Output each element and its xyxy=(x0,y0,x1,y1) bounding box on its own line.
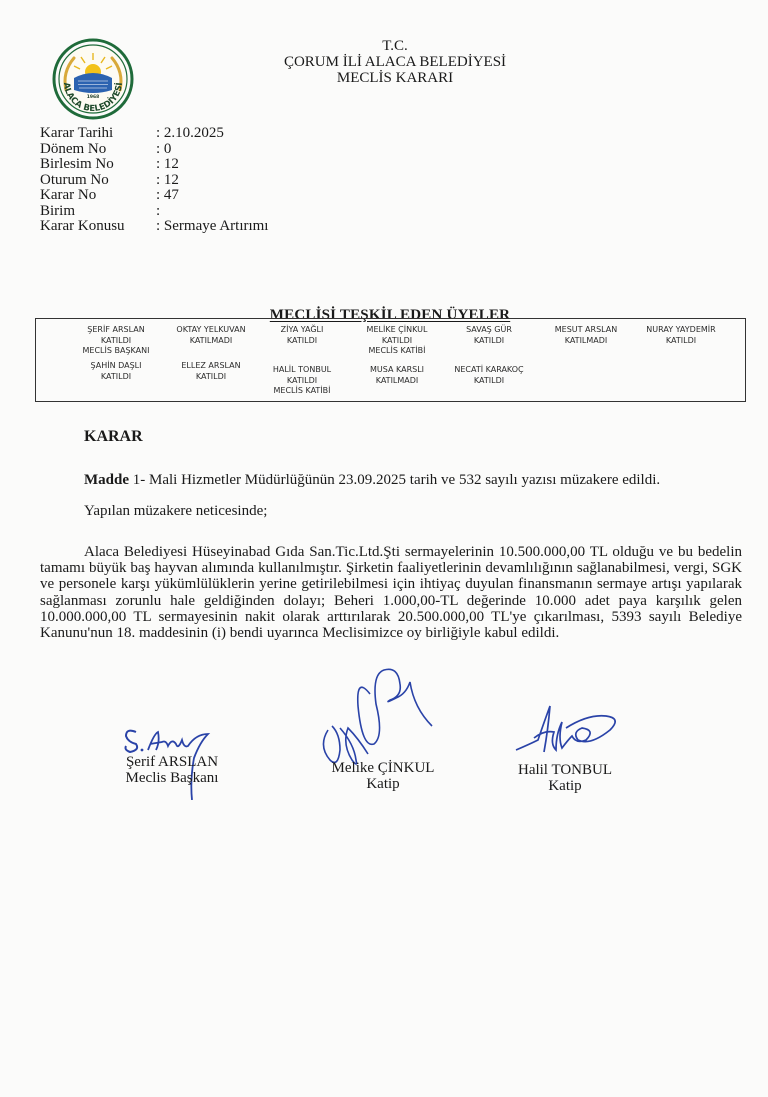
header-municipality: ÇORUM İLİ ALACA BELEDİYESİ xyxy=(250,54,540,70)
meta-row: Karar No: 47 xyxy=(40,188,268,204)
meta-row: Karar Konusu: Sermaye Artırımı xyxy=(40,219,268,235)
member-name: MESUT ARSLAN xyxy=(538,325,634,336)
meta-value: : Sermaye Artırımı xyxy=(156,219,268,235)
signer-name: Halil TONBUL xyxy=(500,762,630,778)
signature-block-chairman: Şerif ARSLAN Meclis Başkanı xyxy=(112,712,232,744)
signer-name: Melike ÇİNKUL xyxy=(318,760,448,776)
meta-value: : 12 xyxy=(156,173,179,189)
member-name: MUSA KARSLI xyxy=(349,365,445,376)
member-entry: ŞAHİN DAŞLIKATILDI xyxy=(68,361,164,382)
deliberation-intro: Yapılan müzakere neticesinde; xyxy=(84,503,267,520)
member-entry: MELİKE ÇİNKULKATILDIMECLİS KATİBİ xyxy=(349,325,445,357)
meta-row: Birim: xyxy=(40,204,268,220)
member-status: KATILDI xyxy=(633,336,729,347)
svg-text:1968: 1968 xyxy=(87,94,100,100)
member-name: SAVAŞ GÜR xyxy=(441,325,537,336)
member-entry: ŞERİF ARSLANKATILDIMECLİS BAŞKANI xyxy=(68,325,164,357)
alaca-belediyesi-seal-icon: 1968 ALACA BELEDİYESİ xyxy=(52,38,134,120)
article-label: Madde xyxy=(84,472,129,488)
member-role: MECLİS KATİBİ xyxy=(254,386,350,397)
meta-label: Dönem No xyxy=(40,142,156,158)
meta-value: : xyxy=(156,204,160,220)
signature-block-clerk-1: Melike ÇİNKUL Katip xyxy=(318,664,448,696)
decision-meta: Karar Tarihi: 2.10.2025Dönem No: 0Birles… xyxy=(40,126,268,235)
meta-row: Oturum No: 12 xyxy=(40,173,268,189)
member-status: KATILDI xyxy=(254,336,350,347)
member-status: KATILMADI xyxy=(538,336,634,347)
meta-label: Oturum No xyxy=(40,173,156,189)
signer-title: Meclis Başkanı xyxy=(112,770,232,786)
member-status: KATILDI xyxy=(349,336,445,347)
member-entry: HALİL TONBULKATILDIMECLİS KATİBİ xyxy=(254,365,350,397)
member-role: MECLİS BAŞKANI xyxy=(68,346,164,357)
article-text: 1- Mali Hizmetler Müdürlüğünün 23.09.202… xyxy=(129,472,660,488)
member-name: ŞAHİN DAŞLI xyxy=(68,361,164,372)
article-1: Madde 1- Mali Hizmetler Müdürlüğünün 23.… xyxy=(84,472,660,489)
decision-heading: KARAR xyxy=(84,428,143,446)
member-entry: NURAY YAYDEMİRKATILDI xyxy=(633,325,729,346)
member-entry: MUSA KARSLIKATILMADI xyxy=(349,365,445,386)
meta-row: Karar Tarihi: 2.10.2025 xyxy=(40,126,268,142)
member-status: KATILMADI xyxy=(349,376,445,387)
member-name: MELİKE ÇİNKUL xyxy=(349,325,445,336)
member-role: MECLİS KATİBİ xyxy=(349,346,445,357)
meta-label: Birlesim No xyxy=(40,157,156,173)
member-status: KATILDI xyxy=(163,372,259,383)
member-entry: SAVAŞ GÜRKATILDI xyxy=(441,325,537,346)
meta-value: : 47 xyxy=(156,188,179,204)
member-name: HALİL TONBUL xyxy=(254,365,350,376)
meta-row: Birlesim No: 12 xyxy=(40,157,268,173)
member-entry: ZİYA YAĞLIKATILDI xyxy=(254,325,350,346)
signer-name: Şerif ARSLAN xyxy=(112,754,232,770)
member-status: KATILDI xyxy=(68,336,164,347)
municipality-logo: 1968 ALACA BELEDİYESİ xyxy=(52,38,134,120)
member-status: KATILDI xyxy=(441,376,537,387)
meta-row: Dönem No: 0 xyxy=(40,142,268,158)
member-entry: ELLEZ ARSLANKATILDI xyxy=(163,361,259,382)
member-entry: OKTAY YELKUVANKATILMADI xyxy=(163,325,259,346)
signature-block-clerk-2: Halil TONBUL Katip xyxy=(500,700,630,732)
signer-title: Katip xyxy=(500,778,630,794)
member-name: OKTAY YELKUVAN xyxy=(163,325,259,336)
member-entry: MESUT ARSLANKATILMADI xyxy=(538,325,634,346)
member-name: NURAY YAYDEMİR xyxy=(633,325,729,336)
header-tc: T.C. xyxy=(250,38,540,54)
members-table: ŞERİF ARSLANKATILDIMECLİS BAŞKANIOKTAY Y… xyxy=(35,318,746,402)
member-status: KATILDI xyxy=(441,336,537,347)
decision-body: Alaca Belediyesi Hüseyinabad Gıda San.Ti… xyxy=(40,544,742,641)
member-name: ZİYA YAĞLI xyxy=(254,325,350,336)
signature-melike-cinkul-icon xyxy=(314,664,444,774)
member-status: KATILDI xyxy=(68,372,164,383)
header-decision-type: MECLİS KARARI xyxy=(250,70,540,86)
document-header: T.C. ÇORUM İLİ ALACA BELEDİYESİ MECLİS K… xyxy=(250,38,540,86)
meta-label: Karar Tarihi xyxy=(40,126,156,142)
member-status: KATILMADI xyxy=(163,336,259,347)
signer-title: Katip xyxy=(318,776,448,792)
meta-label: Karar Konusu xyxy=(40,219,156,235)
meta-value: : 12 xyxy=(156,157,179,173)
signature-halil-tonbul-icon xyxy=(510,700,630,760)
meta-value: : 0 xyxy=(156,142,171,158)
member-name: NECATİ KARAKOÇ xyxy=(441,365,537,376)
member-name: ŞERİF ARSLAN xyxy=(68,325,164,336)
meta-label: Birim xyxy=(40,204,156,220)
member-entry: NECATİ KARAKOÇKATILDI xyxy=(441,365,537,386)
member-status: KATILDI xyxy=(254,376,350,387)
member-name: ELLEZ ARSLAN xyxy=(163,361,259,372)
meta-value: : 2.10.2025 xyxy=(156,126,224,142)
meta-label: Karar No xyxy=(40,188,156,204)
